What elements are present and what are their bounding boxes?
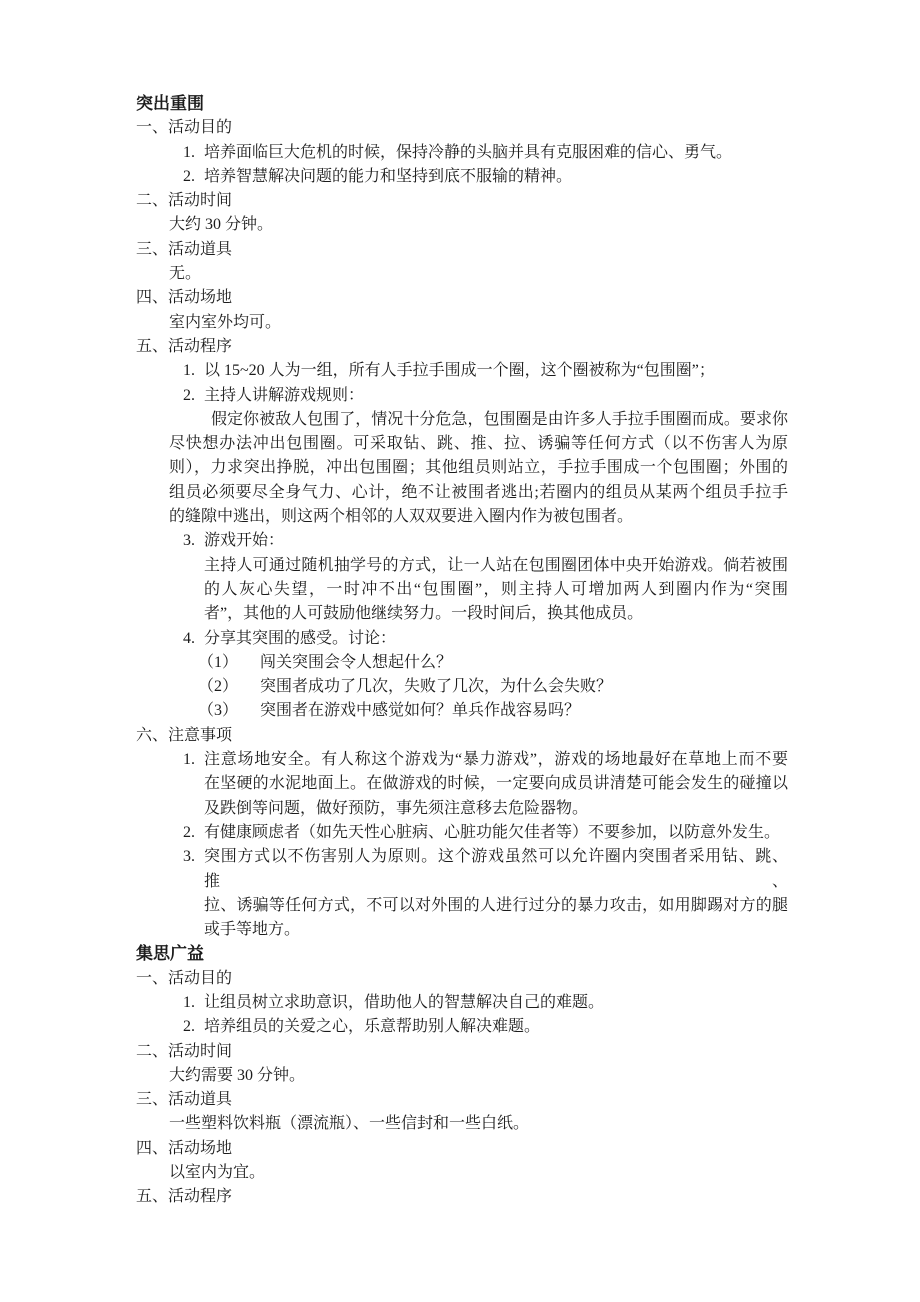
text-line: 主持人可通过随机抽学号的方式，让一人站在包围圈团体中央开始游戏。倘若被围 — [204, 554, 788, 578]
text-line: 培养智慧解决问题的能力和坚持到底不服输的精神。 — [204, 165, 788, 189]
list-number: （3） — [198, 699, 238, 723]
purpose-item: 2.培养智慧解决问题的能力和坚持到底不服输的精神。 — [204, 165, 788, 189]
activity-time-value: 大约需要 30 分钟。 — [169, 1064, 788, 1088]
activity-venue-value: 以室内为宜。 — [169, 1161, 788, 1185]
text-line: 以室内为宜。 — [169, 1161, 788, 1185]
list-number: 1. — [183, 141, 195, 165]
heading-activity-procedure: 五、活动程序 — [136, 1185, 788, 1209]
activity-time-value: 大约 30 分钟。 — [169, 213, 788, 237]
heading-activity-time: 二、活动时间 — [136, 1040, 788, 1064]
note-item: 3.突围方式以不伤害别人为原则。这个游戏虽然可以允许圈内突围者采用钻、跳、推、拉… — [204, 845, 788, 942]
list-number: 2. — [183, 1015, 195, 1039]
text-line: 则），力求突出挣脱，冲出包围圈；其他组员则站立，手拉手围成一个包围圈；外围的 — [169, 456, 788, 480]
heading-activity-purpose: 一、活动目的 — [136, 967, 788, 991]
text-line: 三、活动道具 — [136, 1088, 788, 1112]
heading-notes: 六、注意事项 — [136, 724, 788, 748]
text-line: 突出重围 — [136, 92, 788, 116]
text-line: 有健康顾虑者（如先天性心脏病、心脏功能欠佳者等）不要参加，以防意外发生。 — [204, 821, 788, 845]
text-line: 室内室外均可。 — [169, 311, 788, 335]
text-line: 三、活动道具 — [136, 238, 788, 262]
text-line: 的人灰心失望，一时冲不出“包围圈”，则主持人可增加两人到圈内作为“突围 — [204, 578, 788, 602]
heading-activity-time: 二、活动时间 — [136, 189, 788, 213]
text-line: 一、活动目的 — [136, 967, 788, 991]
note-item: 2.有健康顾虑者（如先天性心脏病、心脏功能欠佳者等）不要参加，以防意外发生。 — [204, 821, 788, 845]
list-number: 1. — [183, 359, 195, 383]
text-line: 者”，其他的人可鼓励他继续努力。一段时间后，换其他成员。 — [204, 602, 788, 626]
text-line: 拉、诱骗等任何方式，不可以对外围的人进行过分的暴力攻击，如用脚踢对方的腿 — [204, 894, 788, 918]
activity-venue-value: 室内室外均可。 — [169, 311, 788, 335]
activity-props-value: 无。 — [169, 262, 788, 286]
list-number: 2. — [183, 384, 195, 408]
text-line: 大约 30 分钟。 — [169, 213, 788, 237]
text-line: 闯关突围会令人想起什么？ — [260, 651, 788, 675]
purpose-item: 1.让组员树立求助意识，借助他人的智慧解决自己的难题。 — [204, 991, 788, 1015]
heading-activity-purpose: 一、活动目的 — [136, 116, 788, 140]
discussion-question: （1）闯关突围会令人想起什么？ — [260, 651, 788, 675]
text-line: 的缝隙中逃出，则这两个相邻的人双双要进入圈内作为被包围者。 — [169, 505, 788, 529]
text-line: 或手等地方。 — [204, 918, 788, 942]
text-line: 假定你被敌人包围了，情况十分危急，包围圈是由许多人手拉手围圈而成。要求你 — [169, 408, 788, 432]
document-page: 突出重围一、活动目的1.培养面临巨大危机的时候，保持冷静的头脑并具有克服困难的信… — [0, 0, 920, 1302]
text-line: 以 15~20 人为一组，所有人手拉手围成一个圈，这个圈被称为“包围圈”； — [204, 359, 788, 383]
text-line: 注意场地安全。有人称这个游戏为“暴力游戏”，游戏的场地最好在草地上而不要 — [204, 748, 788, 772]
discussion-question: （2）突围者成功了几次，失败了几次，为什么会失败？ — [260, 675, 788, 699]
text-line: 无。 — [169, 262, 788, 286]
text-line: 尽快想办法冲出包围圈。可采取钻、跳、推、拉、诱骗等任何方式（以不伤害人为原 — [169, 432, 788, 456]
text-line: 突围者成功了几次，失败了几次，为什么会失败？ — [260, 675, 788, 699]
text-line: 培养组员的关爱之心，乐意帮助别人解决难题。 — [204, 1015, 788, 1039]
list-number: 2. — [183, 821, 195, 845]
text-line: 大约需要 30 分钟。 — [169, 1064, 788, 1088]
text-line: 及跌倒等问题，做好预防，事先须注意移去危险器物。 — [204, 797, 788, 821]
text-line: 集思广益 — [136, 942, 788, 966]
note-item: 1.注意场地安全。有人称这个游戏为“暴力游戏”，游戏的场地最好在草地上而不要在坚… — [204, 748, 788, 821]
procedure-item: 2.主持人讲解游戏规则： — [204, 384, 788, 408]
text-line: 四、活动场地 — [136, 286, 788, 310]
rules-paragraph: 假定你被敌人包围了，情况十分危急，包围圈是由许多人手拉手围圈而成。要求你尽快想办… — [169, 408, 788, 529]
purpose-item: 2.培养组员的关爱之心，乐意帮助别人解决难题。 — [204, 1015, 788, 1039]
document-content: 突出重围一、活动目的1.培养面临巨大危机的时候，保持冷静的头脑并具有克服困难的信… — [136, 92, 788, 1210]
text-line: 分享其突围的感受。讨论： — [204, 627, 788, 651]
text-line: 二、活动时间 — [136, 1040, 788, 1064]
section-title-brainstorm: 集思广益 — [136, 942, 788, 966]
list-number: 4. — [183, 627, 195, 651]
text-line: 在坚硬的水泥地面上。在做游戏的时候，一定要向成员讲清楚可能会发生的碰撞以 — [204, 772, 788, 796]
list-number: 3. — [183, 529, 195, 553]
text-line: 五、活动程序 — [136, 1185, 788, 1209]
procedure-item: 3.游戏开始： — [204, 529, 788, 553]
text-line: 游戏开始： — [204, 529, 788, 553]
procedure-item: 4.分享其突围的感受。讨论： — [204, 627, 788, 651]
procedure-item: 1.以 15~20 人为一组，所有人手拉手围成一个圈，这个圈被称为“包围圈”； — [204, 359, 788, 383]
heading-activity-venue: 四、活动场地 — [136, 1137, 788, 1161]
text-line: 一、活动目的 — [136, 116, 788, 140]
list-number: 2. — [183, 165, 195, 189]
heading-activity-props: 三、活动道具 — [136, 238, 788, 262]
purpose-item: 1.培养面临巨大危机的时候，保持冷静的头脑并具有克服困难的信心、勇气。 — [204, 141, 788, 165]
text-line: 主持人讲解游戏规则： — [204, 384, 788, 408]
list-number: （2） — [198, 675, 238, 699]
list-number: 3. — [183, 845, 195, 869]
text-line: 突围方式以不伤害别人为原则。这个游戏虽然可以允许圈内突围者采用钻、跳、推、 — [204, 845, 788, 894]
text-line: 六、注意事项 — [136, 724, 788, 748]
heading-activity-procedure: 五、活动程序 — [136, 335, 788, 359]
text-line: 突围者在游戏中感觉如何？单兵作战容易吗？ — [260, 699, 788, 723]
text-line: 五、活动程序 — [136, 335, 788, 359]
text-line: 一些塑料饮料瓶（漂流瓶）、一些信封和一些白纸。 — [169, 1112, 788, 1136]
text-line: 培养面临巨大危机的时候，保持冷静的头脑并具有克服困难的信心、勇气。 — [204, 141, 788, 165]
text-line: 四、活动场地 — [136, 1137, 788, 1161]
game-start-paragraph: 主持人可通过随机抽学号的方式，让一人站在包围圈团体中央开始游戏。倘若被围的人灰心… — [204, 554, 788, 627]
list-number: 1. — [183, 748, 195, 772]
section-title-breakout: 突出重围 — [136, 92, 788, 116]
list-number: （1） — [198, 651, 238, 675]
list-number: 1. — [183, 991, 195, 1015]
discussion-question: （3）突围者在游戏中感觉如何？单兵作战容易吗？ — [260, 699, 788, 723]
text-line: 组员必须要尽全身气力、心计，绝不让被围者逃出;若圈内的组员从某两个组员手拉手 — [169, 481, 788, 505]
heading-activity-venue: 四、活动场地 — [136, 286, 788, 310]
heading-activity-props: 三、活动道具 — [136, 1088, 788, 1112]
text-line: 让组员树立求助意识，借助他人的智慧解决自己的难题。 — [204, 991, 788, 1015]
text-line: 二、活动时间 — [136, 189, 788, 213]
activity-props-value: 一些塑料饮料瓶（漂流瓶）、一些信封和一些白纸。 — [169, 1112, 788, 1136]
